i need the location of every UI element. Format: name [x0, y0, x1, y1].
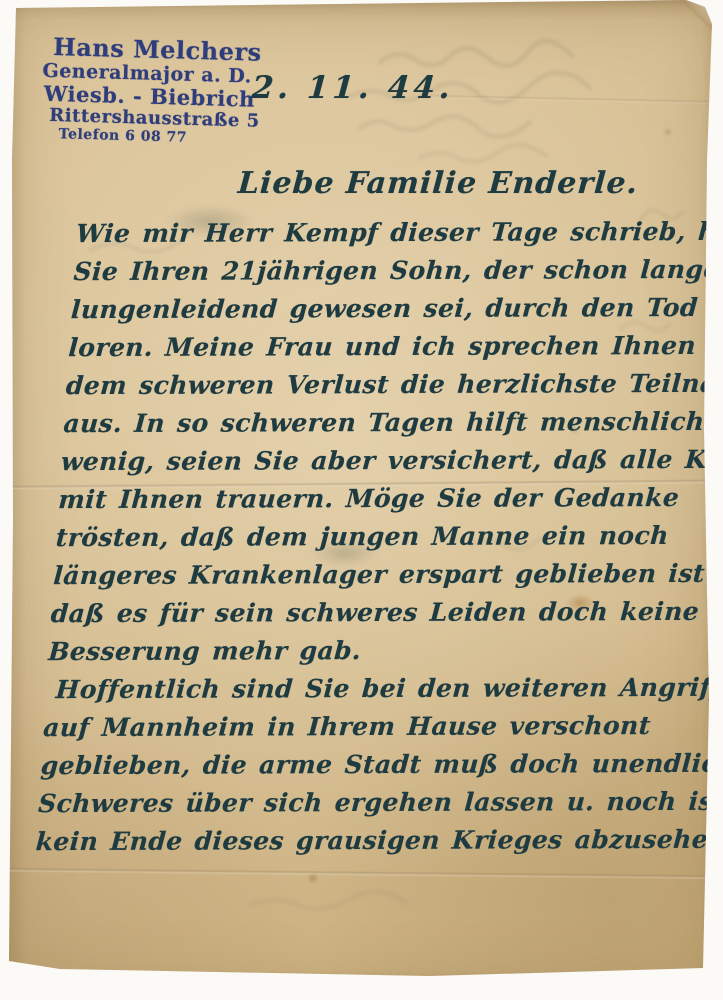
- handwritten-line: Besserung mehr gab.: [47, 631, 698, 671]
- fold-crease: [430, 95, 710, 104]
- handwritten-line: geblieben, die arme Stadt muß doch unend…: [40, 745, 691, 785]
- paper-sheet: Hans Melchers Generalmajor a. D. Wiesb. …: [0, 0, 723, 1000]
- handwritten-line: lungenleidend gewesen sei, durch den Tod…: [70, 289, 721, 329]
- handwritten-line: Schweres über sich ergehen lassen u. noc…: [37, 783, 688, 823]
- salutation: Liebe Familie Enderle.: [237, 166, 640, 201]
- handwritten-line: dem schweren Verlust die herzlichste Tei…: [65, 365, 716, 405]
- handwritten-line: Sie Ihren 21jährigen Sohn, der schon lan…: [72, 251, 723, 291]
- letter-date: 2. 11. 44.: [251, 70, 455, 106]
- handwritten-line: Hoffentlich sind Sie bei den weiteren An…: [45, 669, 696, 709]
- handwritten-line: Wie mir Herr Kempf dieser Tage schrieb, …: [75, 213, 723, 253]
- handwritten-line: mit Ihnen trauern. Möge Sie der Gedanke: [57, 479, 708, 519]
- handwritten-line: kein Ende dieses grausigen Krieges abzus…: [34, 821, 685, 861]
- letter-scan: Hans Melchers Generalmajor a. D. Wiesb. …: [0, 0, 723, 1000]
- handwritten-line: daß es für sein schweres Leiden doch kei…: [50, 593, 701, 633]
- fold-crease: [8, 868, 710, 878]
- handwritten-line: wenig, seien Sie aber versichert, daß al…: [60, 441, 711, 481]
- handwritten-line: aus. In so schweren Tagen hilft menschli…: [62, 403, 713, 443]
- handwritten-line: auf Mannheim in Ihrem Hause verschont: [42, 707, 693, 747]
- letter-body: Wie mir Herr Kempf dieser Tage schrieb, …: [34, 213, 723, 861]
- letterhead-stamp: Hans Melchers Generalmajor a. D. Wiesb. …: [39, 33, 282, 150]
- handwritten-line: längeres Krankenlager erspart geblieben …: [52, 555, 703, 595]
- folded-corner: [678, 0, 714, 36]
- handwritten-line: trösten, daß dem jungen Manne ein noch: [55, 517, 706, 557]
- handwritten-line: loren. Meine Frau und ich sprechen Ihnen…: [67, 327, 718, 367]
